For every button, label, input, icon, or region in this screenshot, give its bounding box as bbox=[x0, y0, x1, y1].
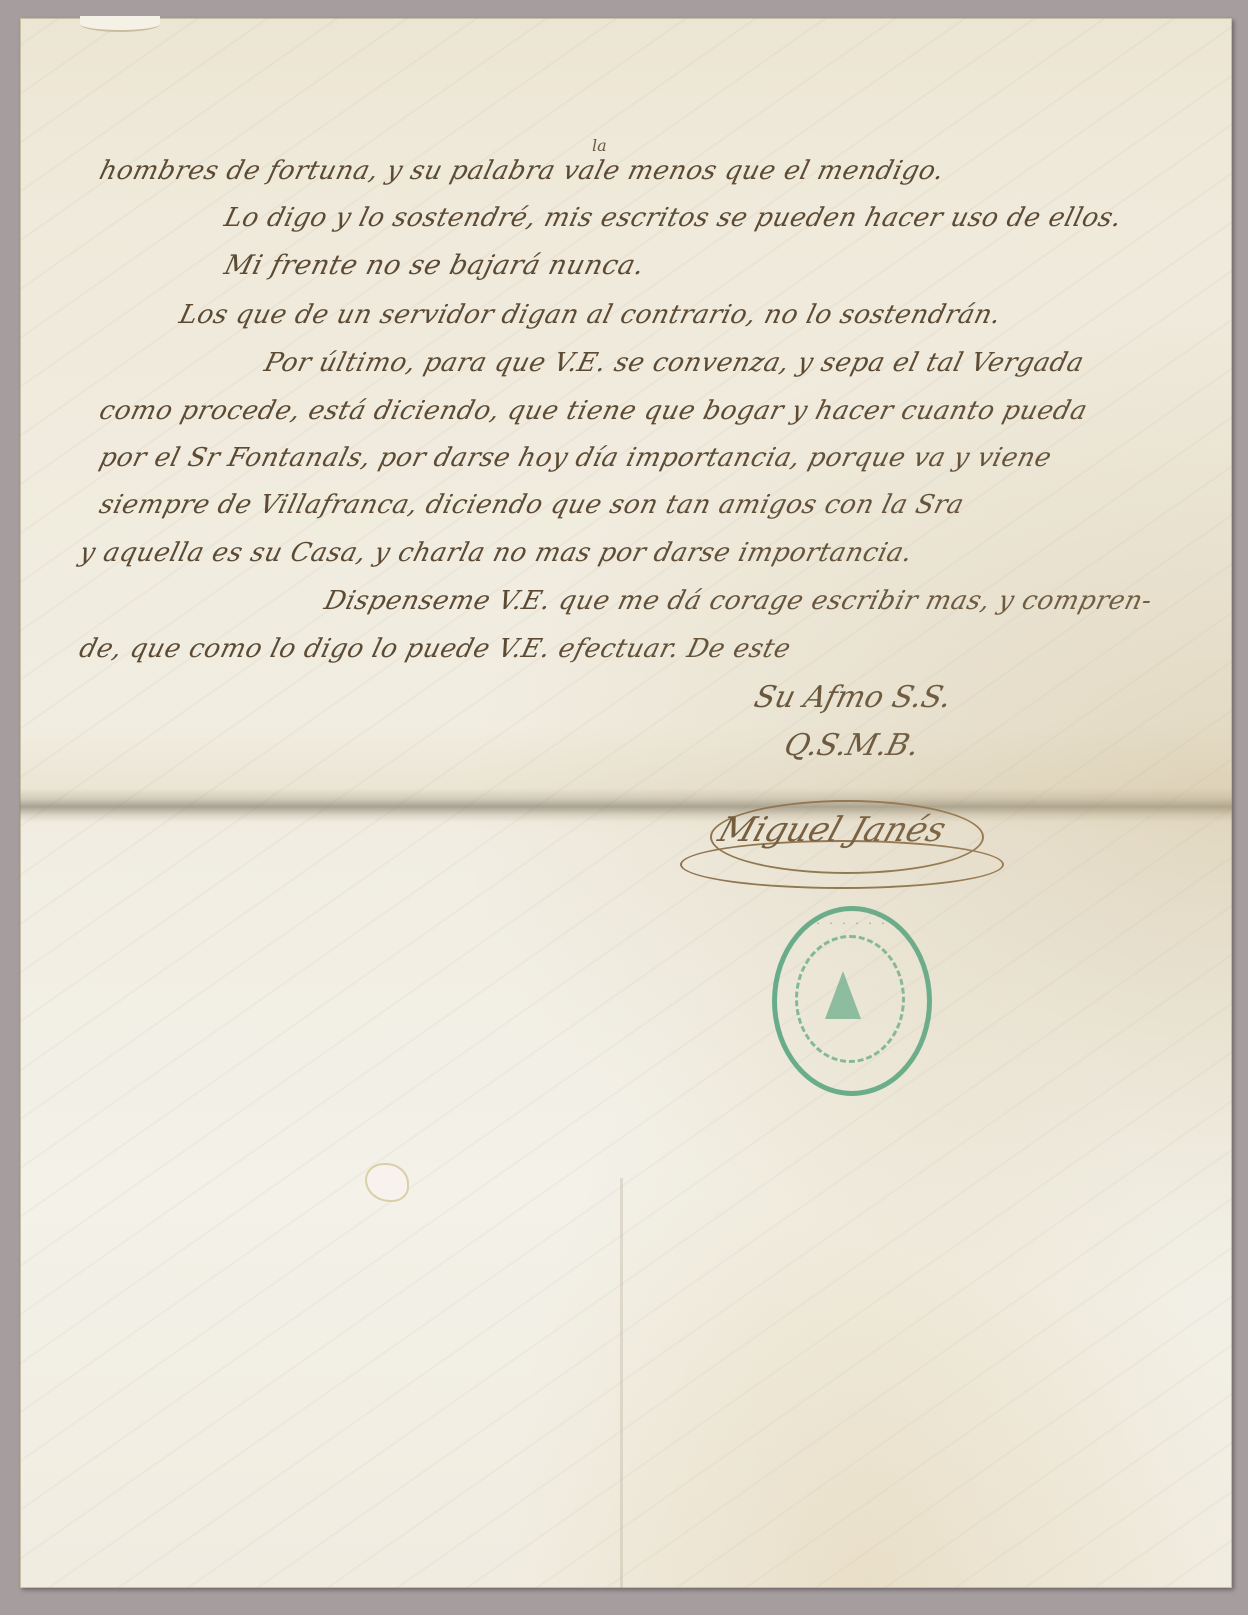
letter-line: Los que de un servidor digan al contrari… bbox=[176, 300, 1004, 330]
letter-line: Lo digo y lo sostendré, mis escritos se … bbox=[221, 203, 1125, 233]
letter-line: siempre de Villafranca, diciendo que son… bbox=[96, 490, 967, 520]
horizontal-fold-crease bbox=[20, 788, 1232, 822]
closing-abbreviation: Q.S.M.B. bbox=[781, 728, 923, 763]
letter-line: Mi frente no se bajará nunca. bbox=[221, 250, 648, 281]
letter-line: Por último, para que V.E. se convenza, y… bbox=[261, 348, 1087, 378]
signature: Miguel Janés bbox=[680, 800, 1010, 895]
vertical-fold-crease bbox=[620, 1178, 623, 1588]
top-edge-tear bbox=[80, 16, 160, 32]
paper-damage-hole bbox=[365, 1163, 409, 1202]
letter-line: de, que como lo digo lo puede V.E. efect… bbox=[76, 634, 794, 664]
closing-formula: Su Afmo S.S. bbox=[751, 680, 955, 715]
signature-name: Miguel Janés bbox=[714, 810, 952, 850]
superscript-insertion: la bbox=[592, 136, 607, 155]
letter-page: la hombres de fortuna, y su palabra vale… bbox=[20, 18, 1232, 1588]
seal-ring-text: · · · · · · bbox=[777, 917, 927, 930]
letter-line: y aquella es su Casa, y charla no mas po… bbox=[76, 538, 916, 568]
seal-emblem-icon bbox=[825, 971, 861, 1019]
green-oval-seal: · · · · · · bbox=[772, 906, 932, 1096]
letter-line: como procede, está diciendo, que tiene q… bbox=[96, 396, 1090, 426]
letter-line: Dispenseme V.E. que me dá corage escribi… bbox=[321, 586, 1155, 616]
letter-line: hombres de fortuna, y su palabra vale me… bbox=[96, 156, 947, 186]
letter-line: por el Sr Fontanals, por darse hoy día i… bbox=[96, 443, 1054, 473]
